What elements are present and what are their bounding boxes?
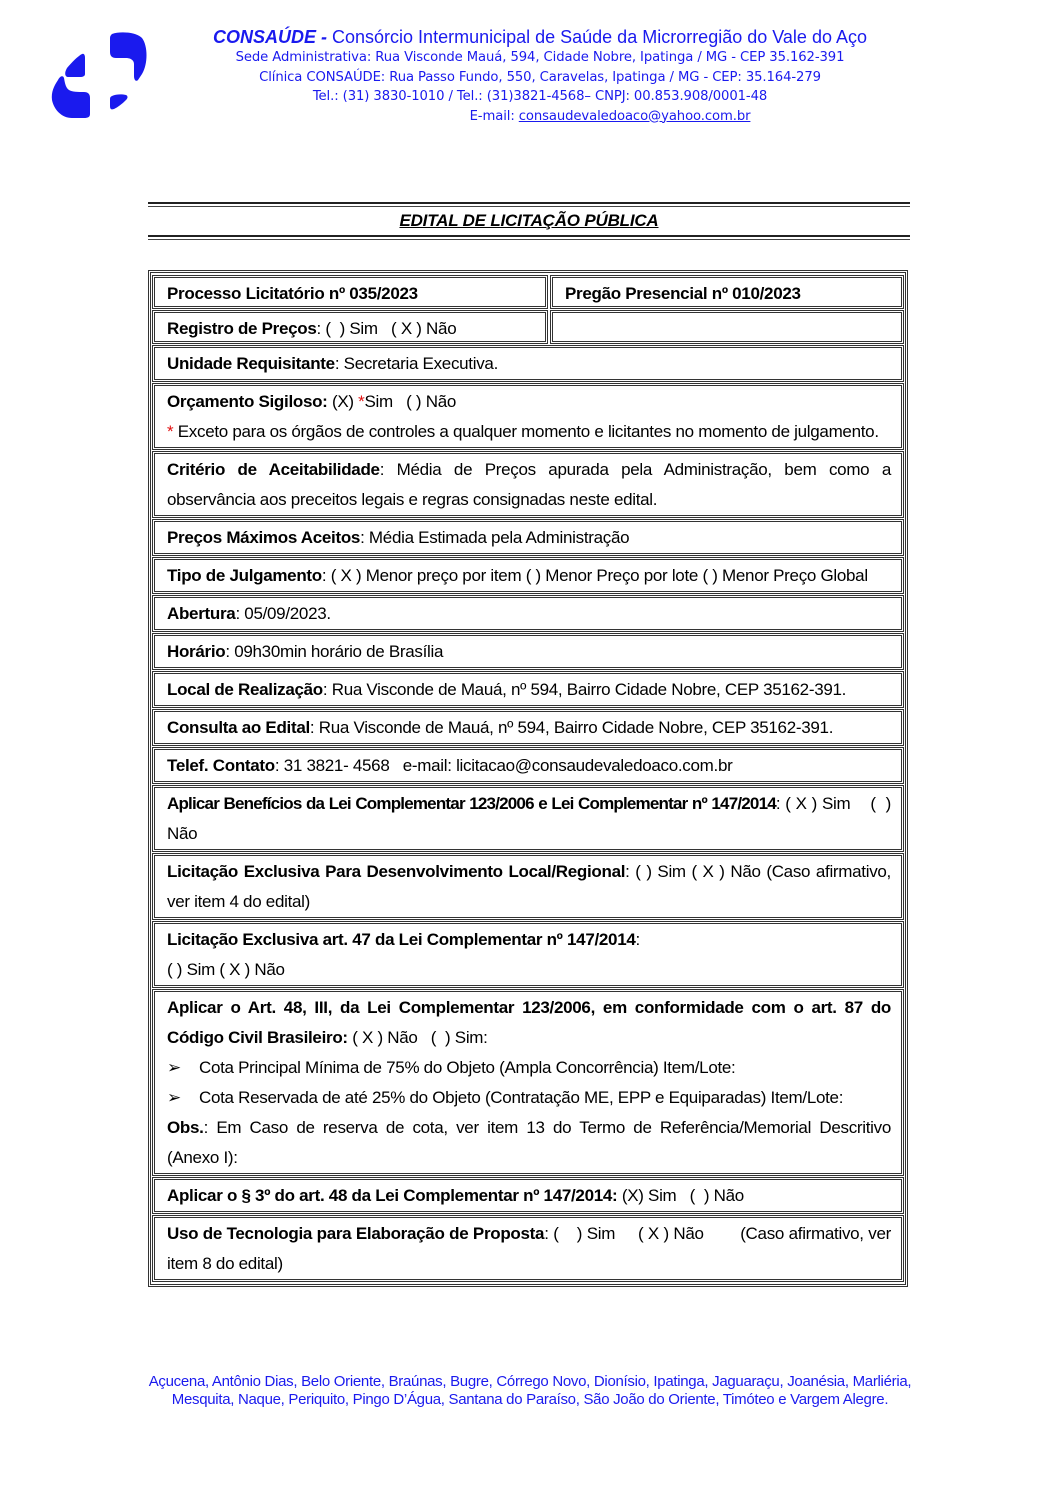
empty-cell bbox=[550, 310, 904, 344]
org-name: Consórcio Intermunicipal de Saúde da Mic… bbox=[327, 27, 867, 47]
orcamento-value-post: Sim ( ) Não bbox=[365, 392, 457, 411]
registro-value: : ( ) Sim ( X ) Não bbox=[317, 319, 457, 338]
email-line: E-mail: consaudevaledoaco@yahoo.com.br bbox=[150, 107, 930, 127]
registro-label: Registro de Preços bbox=[167, 319, 317, 338]
art48-obs: Obs.: Em Caso de reserva de cota, ver it… bbox=[167, 1113, 891, 1173]
table-row-exclusiva-art47: Licitação Exclusiva art. 47 da Lei Compl… bbox=[152, 921, 904, 988]
exclusiva-art47-label: Licitação Exclusiva art. 47 da Lei Compl… bbox=[167, 930, 636, 949]
art48-label: Aplicar o Art. 48, III, da Lei Complemen… bbox=[167, 998, 891, 1047]
local-label: Local de Realização bbox=[167, 680, 323, 699]
orcamento-label: Orçamento Sigiloso: bbox=[167, 392, 328, 411]
table-row-consulta: Consulta ao Edital: Rua Visconde de Mauá… bbox=[152, 709, 904, 746]
orcamento-note: * Exceto para os órgãos de controles a q… bbox=[167, 417, 891, 447]
orcamento-value-pre: (X) bbox=[328, 392, 359, 411]
exclusiva-art47-colon: : bbox=[636, 930, 640, 949]
abertura-label: Abertura bbox=[167, 604, 235, 623]
obs-label: Obs. bbox=[167, 1118, 204, 1137]
telefone-label: Telef. Contato bbox=[167, 756, 275, 775]
tecnologia-label: Uso de Tecnologia para Elaboração de Pro… bbox=[167, 1224, 544, 1243]
municipalities-line-2: Mesquita, Naque, Periquito, Pingo D’Água… bbox=[90, 1391, 970, 1409]
table-row-abertura: Abertura: 05/09/2023. bbox=[152, 595, 904, 632]
obs-text: : Em Caso de reserva de cota, ver item 1… bbox=[167, 1118, 891, 1167]
letterhead: CONSAÚDE - Consórcio Intermunicipal de S… bbox=[150, 26, 930, 126]
orcamento-note-text: Exceto para os órgãos de controles a qua… bbox=[173, 422, 878, 441]
title-band: EDITAL DE LICITAÇÃO PÚBLICA bbox=[148, 202, 910, 240]
arrow-bullet-icon: ➢ bbox=[167, 1083, 199, 1113]
table-row-beneficios: Aplicar Benefícios da Lei Complementar 1… bbox=[152, 785, 904, 852]
abertura-value: : 05/09/2023. bbox=[235, 604, 330, 623]
pregao-cell: Pregão Presencial nº 010/2023 bbox=[550, 275, 904, 309]
registro-cell: Registro de Preços: ( ) Sim ( X ) Não bbox=[152, 310, 548, 344]
tipo-julgamento-value: : ( X ) Menor preço por item ( ) Menor P… bbox=[322, 566, 868, 585]
list-item: ➢ Cota Reservada de até 25% do Objeto (C… bbox=[167, 1083, 891, 1113]
exclusiva-art47-value: ( ) Sim ( X ) Não bbox=[167, 955, 891, 985]
arrow-bullet-icon: ➢ bbox=[167, 1053, 199, 1083]
art48-line: Aplicar o Art. 48, III, da Lei Complemen… bbox=[167, 993, 891, 1053]
processo-cell: Processo Licitatório nº 035/2023 bbox=[152, 275, 548, 309]
table-row-precos-maximos: Preços Máximos Aceitos: Média Estimada p… bbox=[152, 519, 904, 556]
table-row-local: Local de Realização: Rua Visconde de Mau… bbox=[152, 671, 904, 708]
page-title: EDITAL DE LICITAÇÃO PÚBLICA bbox=[148, 211, 910, 231]
table-row-tipo-julgamento: Tipo de Julgamento: ( X ) Menor preço po… bbox=[152, 557, 904, 594]
criterio-label: Critério de Aceitabilidade bbox=[167, 460, 380, 479]
unidade-label: Unidade Requisitante bbox=[167, 354, 335, 373]
paragrafo3-label: Aplicar o § 3º do art. 48 da Lei Complem… bbox=[167, 1186, 617, 1205]
footer-municipalities: Açucena, Antônio Dias, Belo Oriente, Bra… bbox=[90, 1373, 970, 1409]
telefone-value: : 31 3821- 4568 e-mail: licitacao@consau… bbox=[275, 756, 733, 775]
paragrafo3-value: (X) Sim ( ) Não bbox=[617, 1186, 744, 1205]
tipo-julgamento-label: Tipo de Julgamento bbox=[167, 566, 322, 585]
divider-bottom bbox=[148, 235, 910, 240]
list-item: ➢ Cota Principal Mínima de 75% do Objeto… bbox=[167, 1053, 891, 1083]
table-row-horario: Horário: 09h30min horário de Brasília bbox=[152, 633, 904, 670]
email-label: E-mail: bbox=[470, 109, 519, 124]
table-row-criterio: Critério de Aceitabilidade: Média de Pre… bbox=[152, 451, 904, 518]
consaude-logo-icon bbox=[50, 30, 150, 122]
precos-maximos-label: Preços Máximos Aceitos bbox=[167, 528, 360, 547]
precos-maximos-value: : Média Estimada pela Administração bbox=[360, 528, 629, 547]
exclusiva-art47-line: Licitação Exclusiva art. 47 da Lei Compl… bbox=[167, 925, 891, 955]
table-row-processo: Processo Licitatório nº 035/2023 Pregão … bbox=[152, 275, 904, 309]
address-admin: Sede Administrativa: Rua Visconde Mauá, … bbox=[150, 48, 930, 68]
table-row-art48: Aplicar o Art. 48, III, da Lei Complemen… bbox=[152, 989, 904, 1176]
beneficios-label: Aplicar Benefícios da Lei Complementar 1… bbox=[167, 794, 776, 813]
table-row-unidade: Unidade Requisitante: Secretaria Executi… bbox=[152, 345, 904, 382]
address-clinic: Clínica CONSAÚDE: Rua Passo Fundo, 550, … bbox=[150, 68, 930, 88]
art48-value: ( X ) Não ( ) Sim: bbox=[348, 1028, 488, 1047]
table-row-orcamento: Orçamento Sigiloso: (X) *Sim ( ) Não * E… bbox=[152, 383, 904, 450]
org-title: CONSAÚDE - Consórcio Intermunicipal de S… bbox=[150, 26, 930, 48]
bid-info-table: Processo Licitatório nº 035/2023 Pregão … bbox=[148, 270, 908, 1287]
bullet-text: Cota Principal Mínima de 75% do Objeto (… bbox=[199, 1053, 891, 1083]
horario-value: : 09h30min horário de Brasília bbox=[225, 642, 443, 661]
table-row-registro: Registro de Preços: ( ) Sim ( X ) Não bbox=[152, 310, 904, 344]
table-row-tecnologia: Uso de Tecnologia para Elaboração de Pro… bbox=[152, 1215, 904, 1282]
orcamento-line: Orçamento Sigiloso: (X) *Sim ( ) Não bbox=[167, 387, 891, 417]
table-row-telefone: Telef. Contato: 31 3821- 4568 e-mail: li… bbox=[152, 747, 904, 784]
bullet-text: Cota Reservada de até 25% do Objeto (Con… bbox=[199, 1083, 891, 1113]
municipalities-line-1: Açucena, Antônio Dias, Belo Oriente, Bra… bbox=[90, 1373, 970, 1391]
table-row-exclusiva-local: Licitação Exclusiva Para Desenvolvimento… bbox=[152, 853, 904, 920]
divider-top bbox=[148, 202, 910, 207]
consulta-label: Consulta ao Edital bbox=[167, 718, 310, 737]
email-link[interactable]: consaudevaledoaco@yahoo.com.br bbox=[519, 109, 751, 124]
exclusiva-local-label: Licitação Exclusiva Para Desenvolvimento… bbox=[167, 862, 625, 881]
table-row-paragrafo3: Aplicar o § 3º do art. 48 da Lei Complem… bbox=[152, 1177, 904, 1214]
local-value: : Rua Visconde de Mauá, nº 594, Bairro C… bbox=[323, 680, 846, 699]
horario-label: Horário bbox=[167, 642, 225, 661]
brand-name: CONSAÚDE - bbox=[213, 27, 327, 47]
unidade-value: : Secretaria Executiva. bbox=[335, 354, 498, 373]
phones-cnpj: Tel.: (31) 3830-1010 / Tel.: (31)3821-45… bbox=[150, 87, 930, 107]
consulta-value: : Rua Visconde de Mauá, nº 594, Bairro C… bbox=[310, 718, 833, 737]
